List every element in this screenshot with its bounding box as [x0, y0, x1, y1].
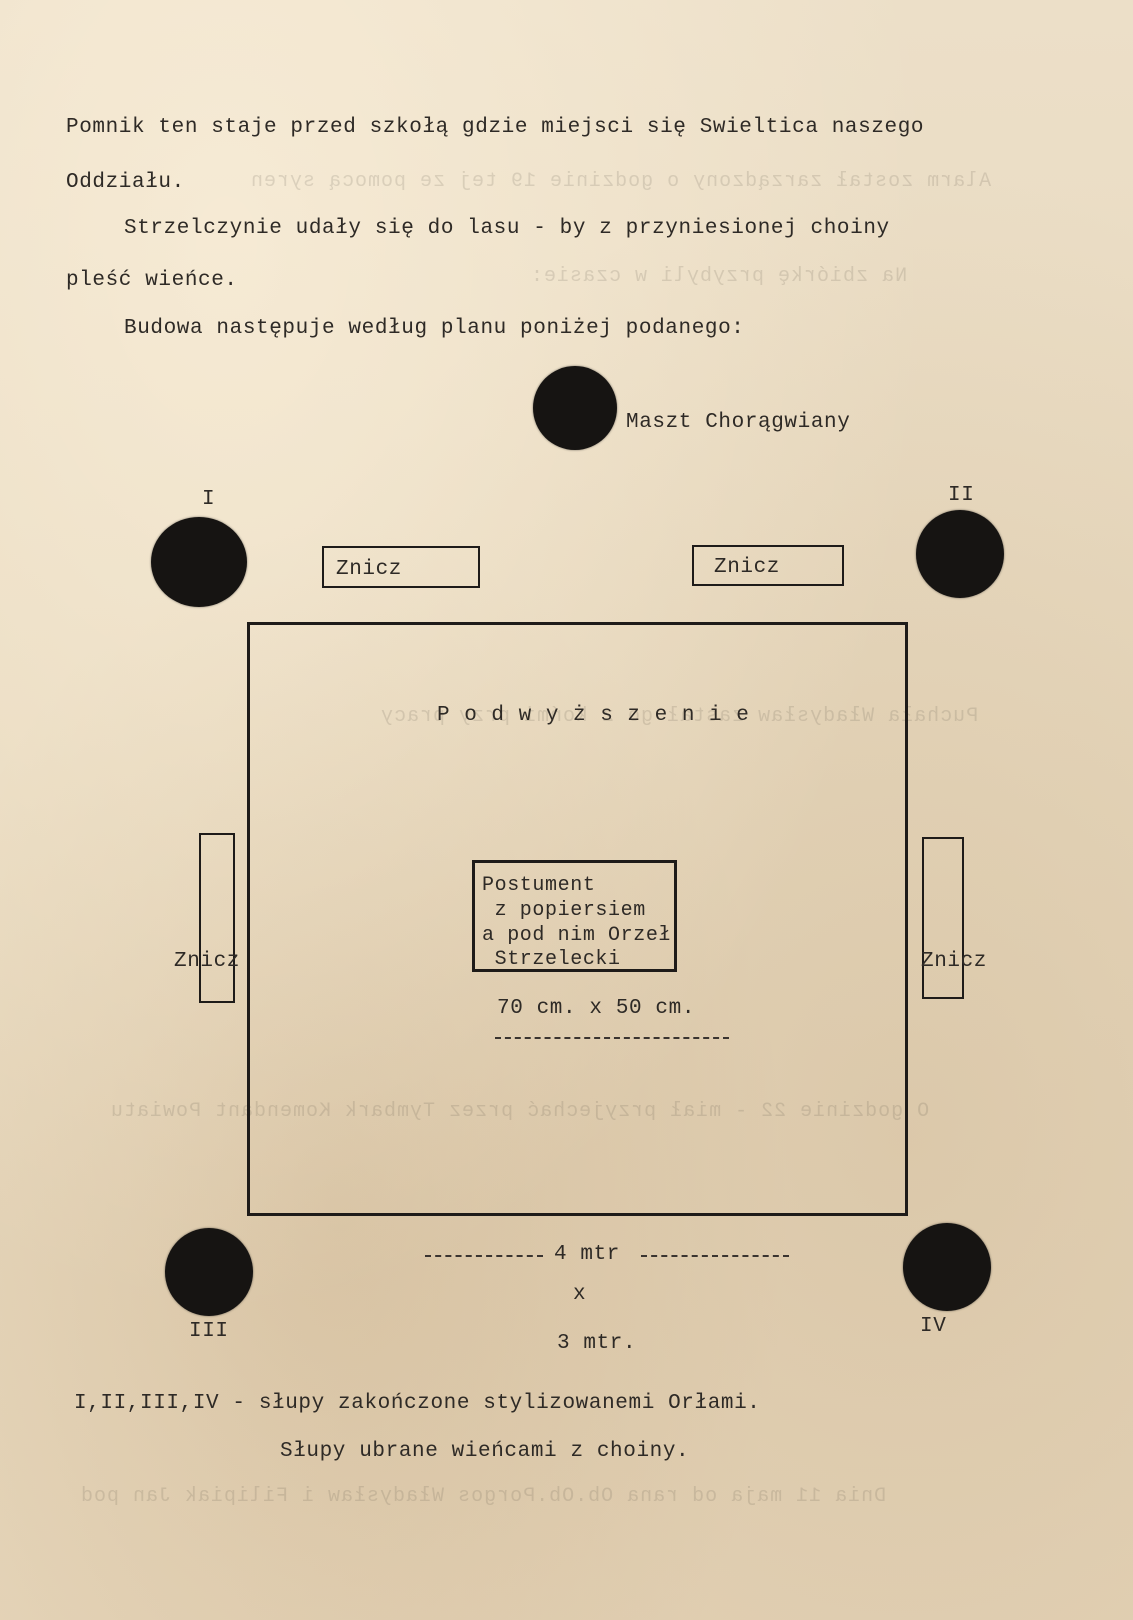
width-dimension-line-left — [425, 1255, 543, 1257]
pedestal-line: a pod nim Orzeł — [482, 926, 671, 946]
pillar-iv-marker — [903, 1223, 991, 1311]
candle-box-right — [922, 837, 964, 999]
pillar-ii-marker — [916, 510, 1004, 598]
times-sign: x — [573, 1284, 586, 1305]
pillar-label-iii: III — [189, 1321, 229, 1342]
bleed-through-text: Dnia 11 maja od rana Ob.Ob.Porgos Władys… — [80, 1485, 886, 1508]
paragraph-line: Strzelczynie udały się do lasu - by z pr… — [124, 218, 890, 239]
platform-label: P o d w y ż s z e n i e — [437, 705, 750, 726]
bleed-through-text: Na zbiórkę przybyli w czasie: — [530, 265, 907, 288]
pillar-iii-marker — [165, 1228, 253, 1316]
wreath-note: Słupy ubrane wieńcami z choiny. — [280, 1441, 689, 1462]
platform-width: 4 mtr — [554, 1244, 620, 1265]
flag-mast-marker — [533, 366, 617, 450]
pedestal-size-underline — [495, 1037, 729, 1039]
bleed-through-text: Alarm został zarządzony o godzinie 19 te… — [250, 170, 991, 193]
width-dimension-line-right — [641, 1255, 789, 1257]
candle-label: Znicz — [714, 557, 780, 578]
pillar-i-marker — [151, 517, 247, 607]
candle-label: Znicz — [336, 559, 402, 580]
platform-depth: 3 mtr. — [557, 1333, 636, 1354]
flag-mast-label: Maszt Chorągwiany — [626, 412, 850, 433]
pedestal-line: Postument — [482, 876, 595, 896]
paragraph-line: pleść wieńce. — [66, 270, 238, 291]
paragraph-line: Oddziału. — [66, 172, 185, 193]
pedestal-line: z popiersiem — [482, 901, 646, 921]
pillar-label-i: I — [202, 489, 215, 510]
paragraph-line: Pomnik ten staje przed szkołą gdzie miej… — [66, 117, 924, 138]
pedestal-size: 70 cm. x 50 cm. — [497, 998, 695, 1019]
candle-label: Znicz — [174, 951, 240, 972]
pillars-note: I,II,III,IV - słupy zakończone stylizowa… — [74, 1393, 761, 1414]
candle-box-left — [199, 833, 235, 1003]
pillar-label-iv: IV — [920, 1316, 946, 1337]
pedestal-line: Strzelecki — [482, 950, 621, 970]
pillar-label-ii: II — [948, 485, 974, 506]
paragraph-line: Budowa następuje według planu poniżej po… — [124, 318, 745, 339]
candle-label: Znicz — [921, 951, 987, 972]
